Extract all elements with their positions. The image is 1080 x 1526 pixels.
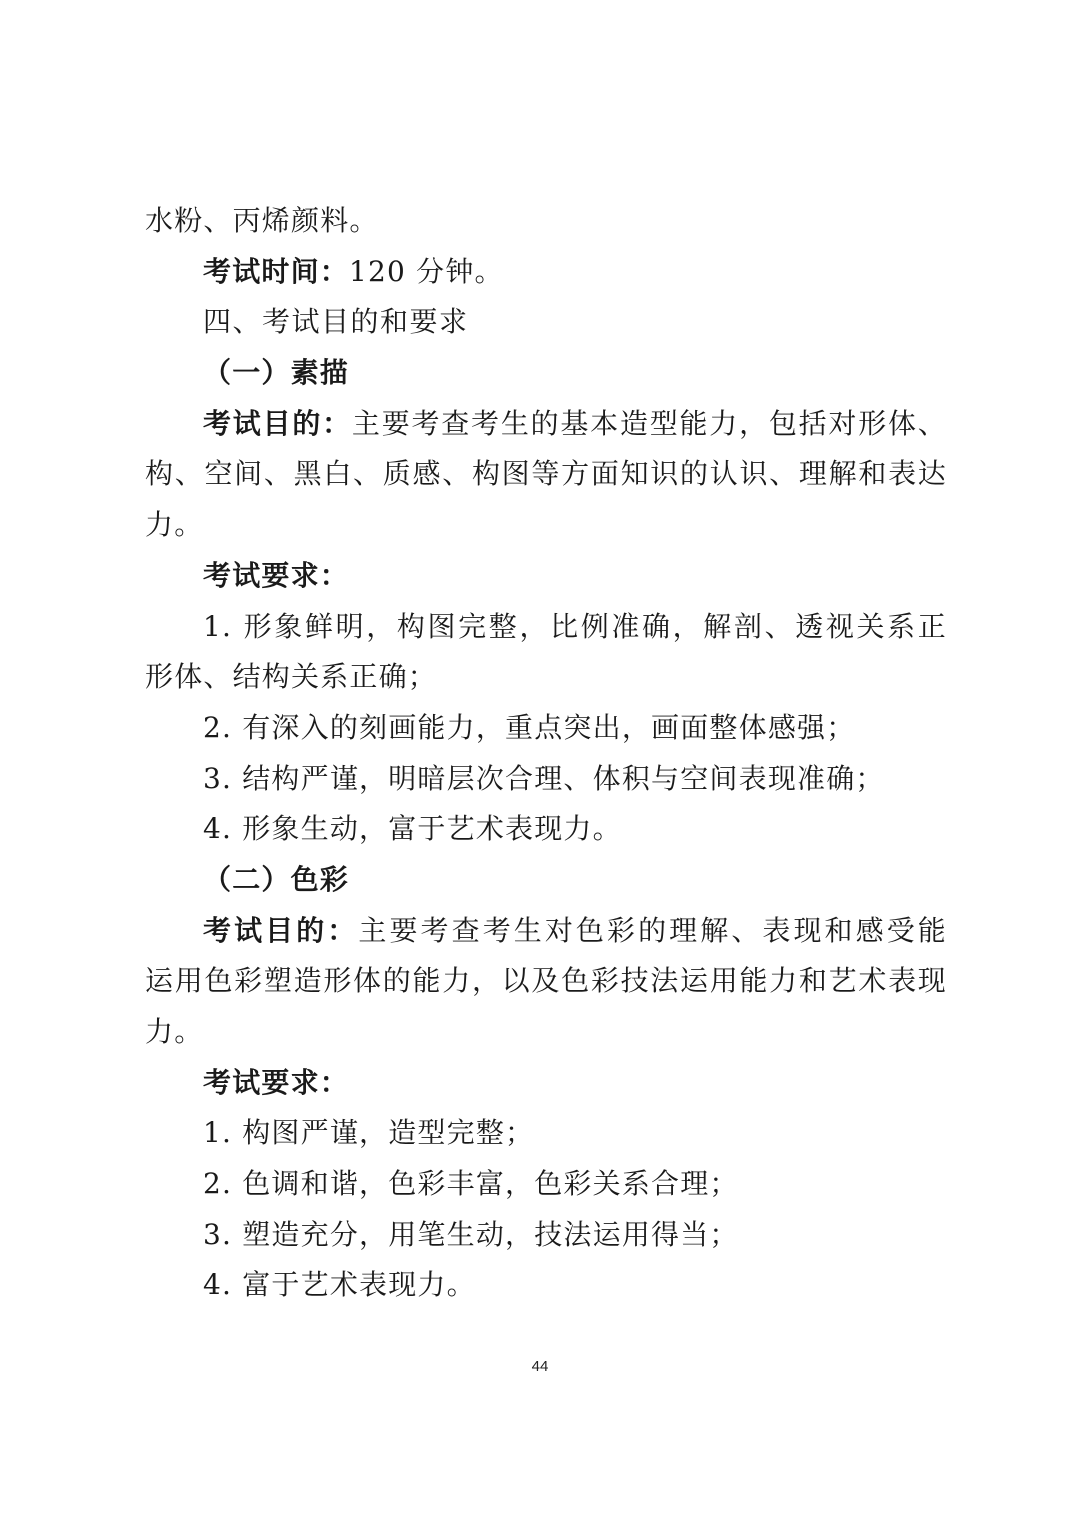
sketch-requirements-label: 考试要求： — [145, 551, 947, 602]
exam-time-value: 120 分钟。 — [349, 255, 504, 288]
sketch-requirement-2: 2. 有深入的刻画能力，重点突出，画面整体感强； — [145, 703, 947, 754]
color-requirement-2: 2. 色调和谐，色彩丰富，色彩关系合理； — [145, 1159, 947, 1210]
color-purpose-line-1: 考试目的：主要考查考生对色彩的理解、表现和感受能力， — [145, 906, 947, 957]
subsection-heading-color: （二）色彩 — [145, 855, 947, 906]
document-page: 水粉、丙烯颜料。 考试时间：120 分钟。 四、考试目的和要求 （一）素描 考试… — [145, 196, 947, 1311]
sketch-purpose-line-2: 构、空间、黑白、质感、构图等方面知识的认识、理解和表达能 — [145, 449, 947, 500]
sketch-requirement-1-continuation: 形体、结构关系正确； — [145, 652, 947, 703]
color-requirement-1: 1. 构图严谨，造型完整； — [145, 1108, 947, 1159]
exam-time-line: 考试时间：120 分钟。 — [145, 247, 947, 298]
sketch-requirement-1: 1. 形象鲜明，构图完整，比例准确，解剖、透视关系正确， — [145, 602, 947, 653]
color-purpose-line-3: 力。 — [145, 1007, 947, 1058]
sketch-requirement-4: 4. 形象生动，富于艺术表现力。 — [145, 804, 947, 855]
sketch-purpose-label: 考试目的： — [203, 407, 352, 440]
color-requirement-4: 4. 富于艺术表现力。 — [145, 1260, 947, 1311]
section-heading: 四、考试目的和要求 — [145, 297, 947, 348]
sketch-purpose-line-1: 考试目的：主要考查考生的基本造型能力，包括对形体、结 — [145, 399, 947, 450]
color-purpose-line-2: 运用色彩塑造形体的能力，以及色彩技法运用能力和艺术表现 — [145, 956, 947, 1007]
subsection-heading-sketch: （一）素描 — [145, 348, 947, 399]
intro-line: 水粉、丙烯颜料。 — [145, 196, 947, 247]
color-purpose-label: 考试目的： — [203, 914, 358, 947]
page-number: 44 — [0, 1358, 1080, 1375]
sketch-purpose-line-3: 力。 — [145, 500, 947, 551]
color-requirements-label: 考试要求： — [145, 1058, 947, 1109]
sketch-requirement-3: 3. 结构严谨，明暗层次合理、体积与空间表现准确； — [145, 754, 947, 805]
color-requirement-3: 3. 塑造充分，用笔生动，技法运用得当； — [145, 1210, 947, 1261]
exam-time-label: 考试时间： — [203, 255, 349, 288]
